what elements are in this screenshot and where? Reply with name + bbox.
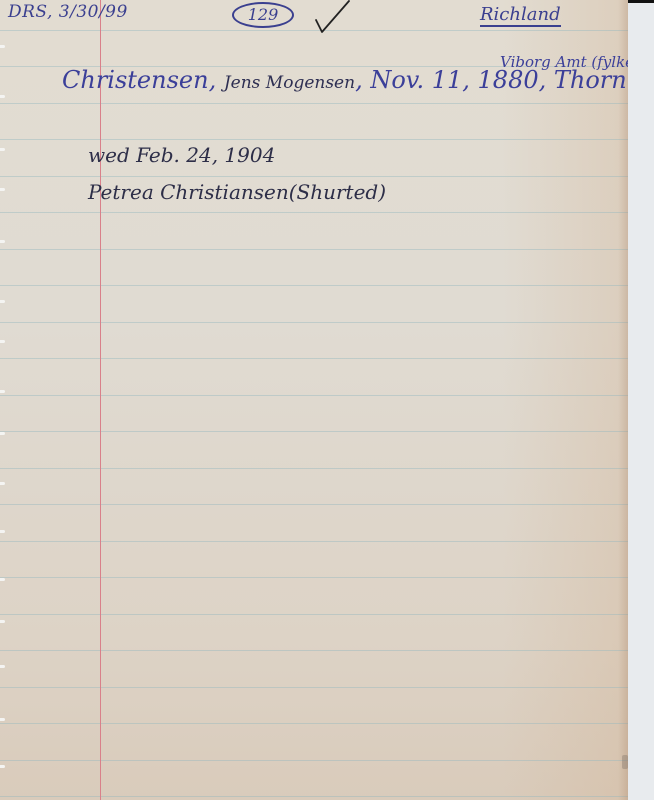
edge-tear-mark — [0, 620, 5, 623]
entry-line: Christensen, Jens Mogensen, Nov. 11, 188… — [62, 68, 628, 92]
rule-line — [0, 723, 628, 724]
spouse-name: Petrea Christiansen — [88, 180, 289, 204]
edge-tear-mark — [0, 765, 5, 768]
edge-tear-mark — [0, 148, 5, 151]
checkmark-icon — [313, 0, 353, 34]
rule-line — [0, 760, 628, 761]
edge-tear-mark — [0, 188, 5, 191]
edge-tear-mark — [0, 578, 5, 581]
edge-tear-mark — [0, 45, 5, 48]
rule-line — [0, 468, 628, 469]
edge-tear-mark — [0, 340, 5, 343]
given-names: Jens Mogensen — [224, 73, 355, 93]
circled-page-number: 129 — [232, 2, 294, 28]
edge-tear-mark — [0, 300, 5, 303]
marriage-label: wed — [88, 143, 130, 167]
scanner-edge-strip — [628, 0, 654, 3]
marriage-line: wed Feb. 24, 1904 — [88, 145, 275, 165]
rule-line — [0, 687, 628, 688]
rule-line — [0, 139, 628, 140]
edge-tear-mark — [0, 432, 5, 435]
rule-line — [0, 577, 628, 578]
rule-line — [0, 395, 628, 396]
edge-tear-mark — [0, 482, 5, 485]
rule-line — [0, 285, 628, 286]
birth-date: , Nov. 11, 1880, — [355, 66, 546, 94]
notebook-paper: DRS, 3/30/99 129 Richland Viborg Amt (fy… — [0, 0, 628, 800]
spouse-line: Petrea Christiansen(Shurted) — [88, 182, 386, 202]
rule-line — [0, 358, 628, 359]
edge-tear-mark — [0, 665, 5, 668]
paper-stain — [622, 755, 628, 769]
rule-line — [0, 322, 628, 323]
paper-edge-shading — [618, 0, 628, 800]
edge-tear-mark — [0, 95, 5, 98]
edge-tear-mark — [0, 390, 5, 393]
edge-tear-mark — [0, 718, 5, 721]
spouse-note: (Shurted) — [289, 180, 386, 204]
marriage-date: Feb. 24, 1904 — [136, 143, 275, 167]
rule-line — [0, 650, 628, 651]
rule-line — [0, 212, 628, 213]
record-stamp: DRS, 3/30/99 — [8, 4, 128, 21]
rule-line — [0, 614, 628, 615]
rule-line — [0, 796, 628, 797]
rule-line — [0, 541, 628, 542]
rule-line — [0, 249, 628, 250]
scanned-page: DRS, 3/30/99 129 Richland Viborg Amt (fy… — [0, 0, 654, 800]
edge-tear-mark — [0, 530, 5, 533]
rule-line — [0, 176, 628, 177]
rule-line — [0, 504, 628, 505]
birthplace: Thorning, — [554, 66, 628, 94]
rule-line — [0, 103, 628, 104]
rule-line — [0, 431, 628, 432]
red-margin-line — [100, 0, 101, 800]
location-label: Richland — [480, 6, 561, 27]
surname: Christensen, — [62, 66, 216, 94]
edge-tear-mark — [0, 240, 5, 243]
